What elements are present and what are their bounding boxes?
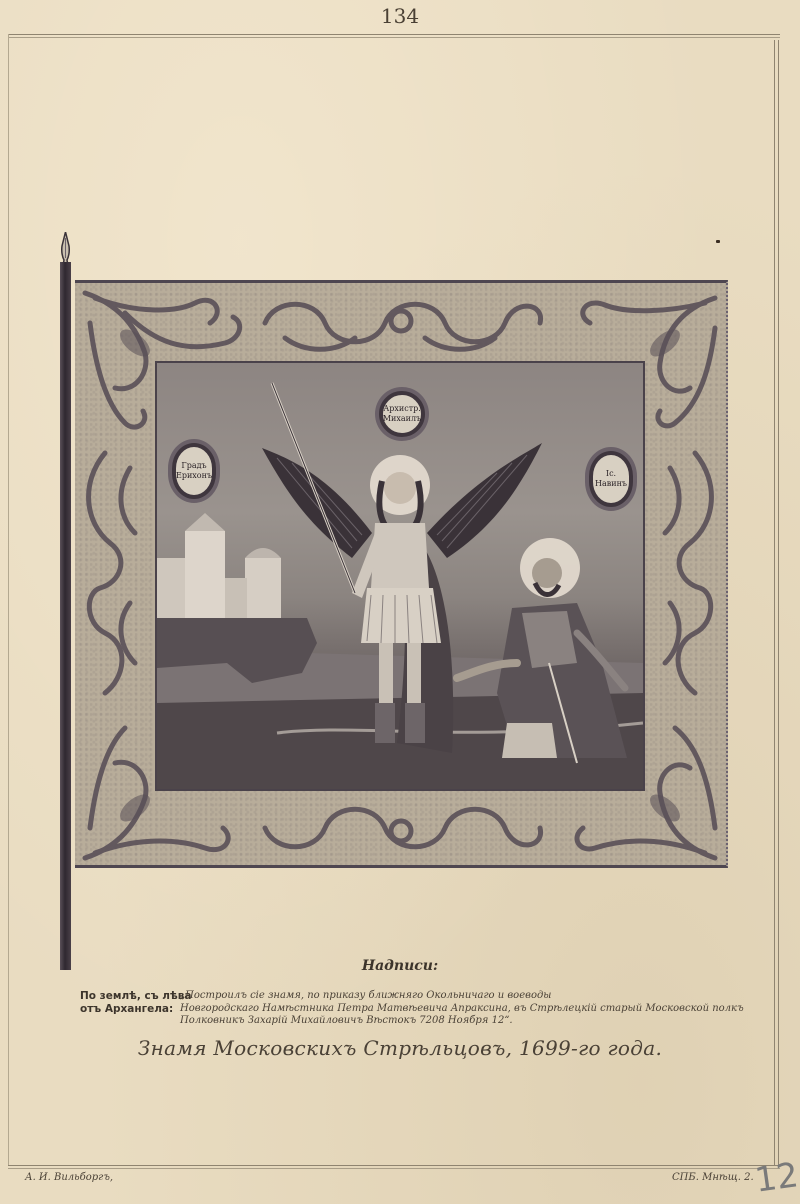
medallion-right: Іс. Навинъ (589, 451, 633, 507)
medallion-left: Градъ Ерихонъ (172, 443, 216, 499)
plate-caption: Знамя Московскихъ Стрѣльцовъ, 1699-го го… (0, 1036, 800, 1060)
pencil-annotation: 12 (752, 1155, 800, 1201)
frame-rule-left (8, 34, 9, 1166)
frame-rule-bottom (8, 1165, 780, 1166)
inscriptions-heading: Надписи: (0, 958, 800, 974)
ink-speck (716, 240, 720, 243)
inscriptions-label: По землѣ, съ лѣва отъ Архангела: (80, 990, 192, 1015)
inscriptions-label-line1: По землѣ, съ лѣва (80, 990, 192, 1003)
frame-rule-top (8, 34, 780, 35)
printer-credit: СПБ. Мнѣщ. 2. (672, 1172, 754, 1183)
frame-rule-bottom-inner (8, 1168, 780, 1169)
inscriptions-label-line2: отъ Архангела: (80, 1003, 192, 1016)
inscription-line: Полковникъ Захарій Михайловичъ Вѣстокъ 7… (180, 1015, 740, 1028)
inscription-line: Новгородскаго Намѣстника Петра Матвѣевич… (180, 1003, 740, 1016)
inscriptions-text: „Построилъ сіе знамя, по приказу ближняг… (180, 990, 740, 1028)
publisher-credit: А. И. Вильборгъ, (25, 1172, 113, 1183)
page-number: 134 (0, 4, 800, 28)
inscription-line: „Построилъ сіе знамя, по приказу ближняг… (180, 990, 740, 1003)
frame-rule-top-inner (8, 37, 780, 38)
central-painting: Градъ Ерихонъ Архистр. Михаилъ Іс. Навин… (155, 361, 645, 791)
banner-pole (60, 262, 71, 970)
banner-cloth: Градъ Ерихонъ Архистр. Михаилъ Іс. Навин… (75, 280, 728, 868)
pole-finial-icon (58, 232, 73, 266)
medallion-center: Архистр. Михаилъ (379, 391, 425, 437)
frame-rule-right (774, 40, 779, 1166)
